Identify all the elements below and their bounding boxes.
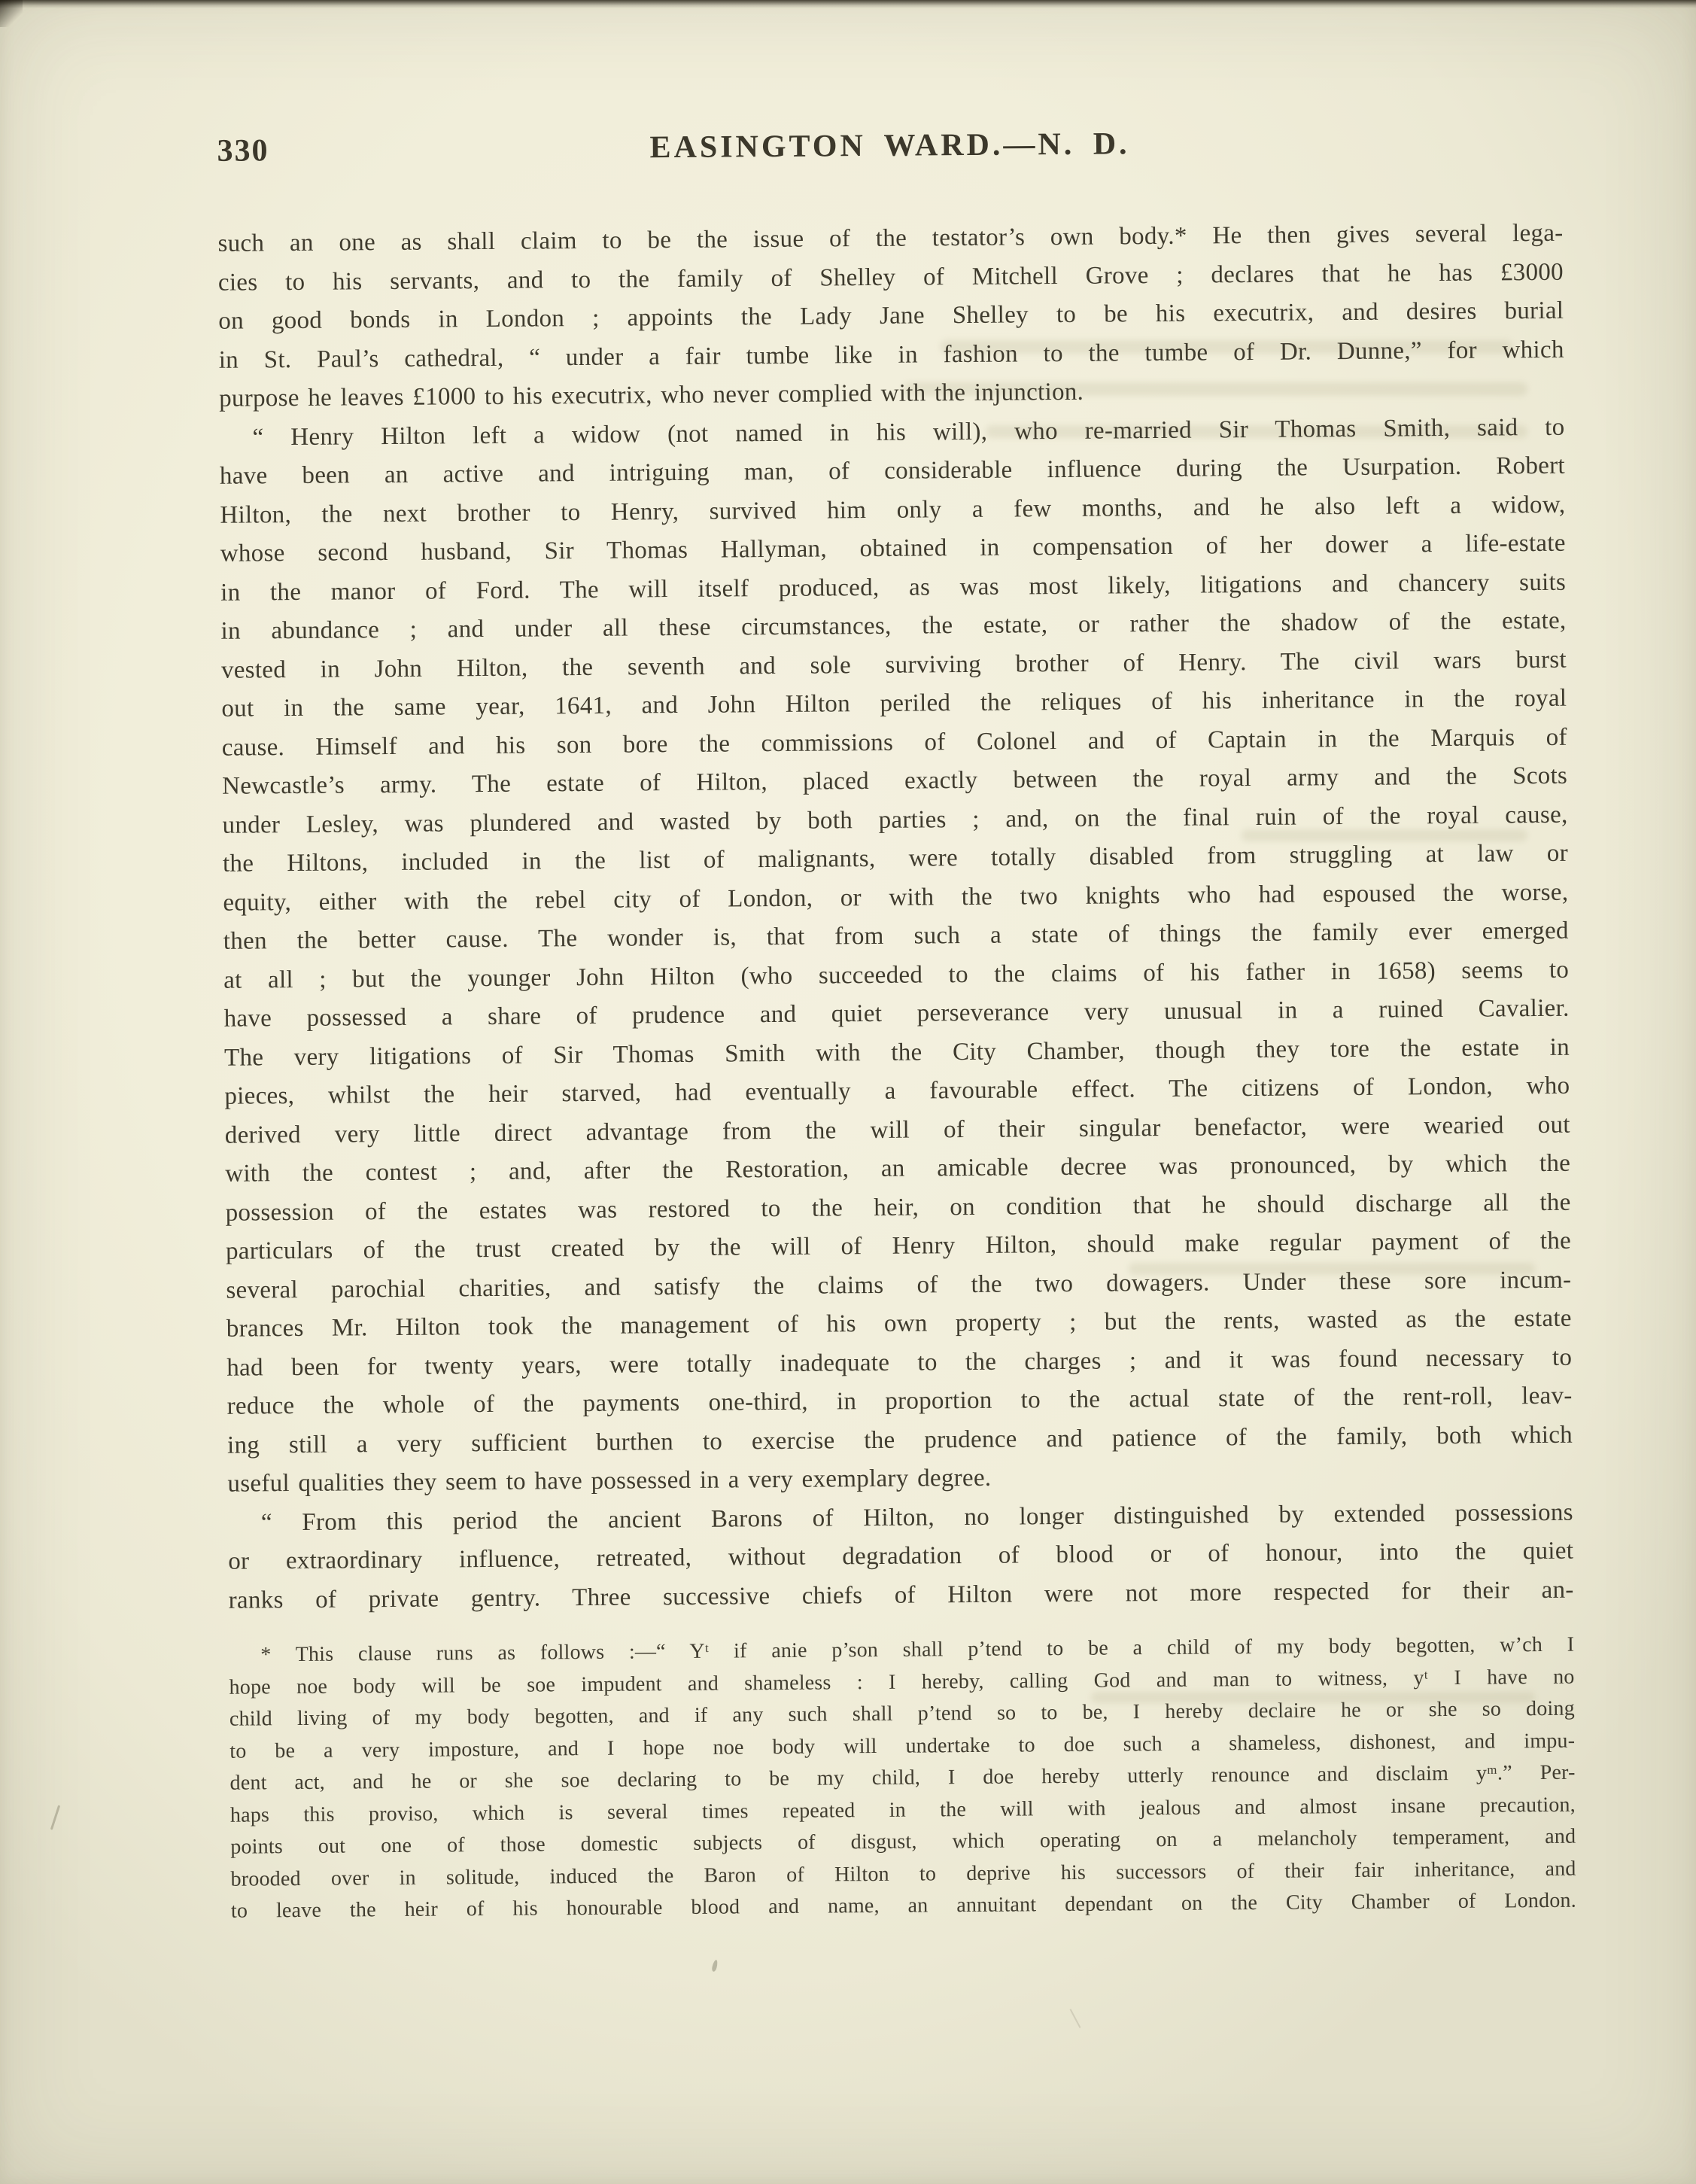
stray-mark — [711, 1960, 719, 1973]
scan-corner-shadow — [0, 0, 23, 27]
scanned-book-page: 330 EASINGTON WARD.—N. D. such an one as… — [0, 0, 1696, 2184]
body-text: such an one as shall claim to be the iss… — [217, 214, 1574, 1620]
paragraph-from-this-period: “ From this period the ancient Barons of… — [228, 1493, 1574, 1620]
page-header-row: 330 EASINGTON WARD.—N. D. — [217, 123, 1562, 171]
running-header: EASINGTON WARD.—N. D. — [217, 123, 1562, 169]
paragraph-henry-hilton: “ Henry Hilton left a widow (not named i… — [219, 408, 1573, 1504]
page-number: 330 — [217, 132, 269, 169]
stray-mark — [1070, 2009, 1081, 2028]
stray-mark — [50, 1805, 60, 1830]
scan-top-edge — [0, 0, 1696, 8]
page-content: 330 EASINGTON WARD.—N. D. such an one as… — [216, 0, 1576, 1927]
paragraph-continuation: such an one as shall claim to be the iss… — [217, 214, 1564, 419]
footnote: * This clause runs as follows :—“ Yᵗ if … — [229, 1629, 1576, 1928]
